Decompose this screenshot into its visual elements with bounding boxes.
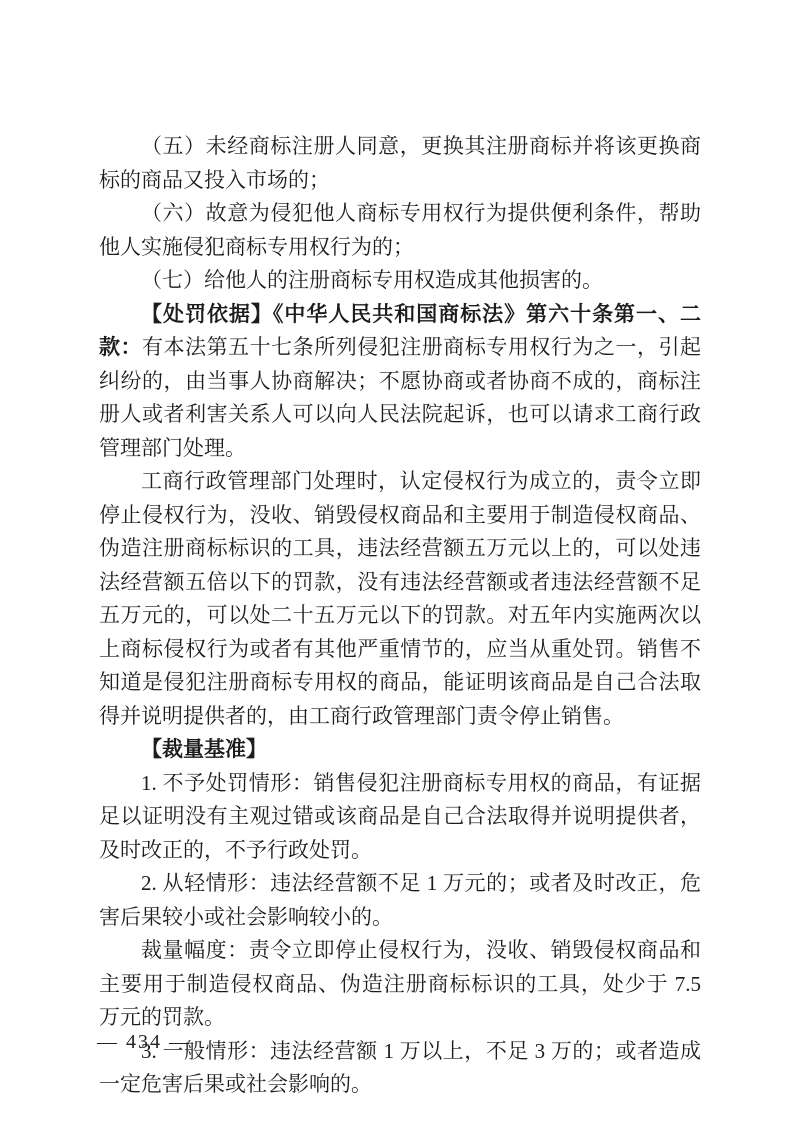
paragraph-item-7: （七）给他人的注册商标专用权造成其他损害的。 — [99, 264, 701, 298]
paragraph-discretion-benchmark-heading: 【裁量基准】 — [99, 733, 701, 767]
paragraph-text: 裁量幅度：责令立即停止侵权行为，没收、销毁侵权商品和主要用于制造侵权商品、伪造注… — [99, 938, 701, 1029]
document-page: （五）未经商标注册人同意，更换其注册商标并将该更换商标的商品又投入市场的； （六… — [0, 0, 793, 1122]
paragraph-text: （五）未经商标注册人同意，更换其注册商标并将该更换商标的商品又投入市场的； — [99, 134, 701, 192]
page-number: — 434 — — [97, 1028, 191, 1056]
paragraph-item-6: （六）故意为侵犯他人商标专用权行为提供便利条件，帮助他人实施侵犯商标专用权行为的… — [99, 197, 701, 264]
document-body: （五）未经商标注册人同意，更换其注册商标并将该更换商标的商品又投入市场的； （六… — [99, 130, 701, 1102]
paragraph-text: 有本法第五十七条所列侵犯注册商标专用权行为之一，引起纠纷的，由当事人协商解决；不… — [99, 335, 701, 460]
paragraph-text: （六）故意为侵犯他人商标专用权行为提供便利条件，帮助他人实施侵犯商标专用权行为的… — [99, 201, 701, 259]
paragraph-penalty-basis: 【处罚依据】《中华人民共和国商标法》第六十条第一、二款：有本法第五十七条所列侵犯… — [99, 298, 701, 466]
paragraph-text: 1. 不予处罚情形：销售侵犯注册商标专用权的商品，有证据足以证明没有主观过错或该… — [99, 771, 701, 862]
paragraph-lenient-case: 2. 从轻情形：违法经营额不足 1 万元的；或者及时改正，危害后果较小或社会影响… — [99, 867, 701, 934]
paragraph-text: 2. 从轻情形：违法经营额不足 1 万元的；或者及时改正，危害后果较小或社会影响… — [99, 871, 701, 929]
paragraph-aic-handling: 工商行政管理部门处理时，认定侵权行为成立的，责令立即停止侵权行为，没收、销毁侵权… — [99, 465, 701, 733]
paragraph-no-penalty-case: 1. 不予处罚情形：销售侵犯注册商标专用权的商品，有证据足以证明没有主观过错或该… — [99, 767, 701, 868]
discretion-benchmark-heading: 【裁量基准】 — [141, 737, 267, 761]
paragraph-text: （七）给他人的注册商标专用权造成其他损害的。 — [141, 268, 603, 292]
paragraph-text: 工商行政管理部门处理时，认定侵权行为成立的，责令立即停止侵权行为，没收、销毁侵权… — [99, 469, 701, 728]
paragraph-discretion-range: 裁量幅度：责令立即停止侵权行为，没收、销毁侵权商品和主要用于制造侵权商品、伪造注… — [99, 934, 701, 1035]
paragraph-item-5: （五）未经商标注册人同意，更换其注册商标并将该更换商标的商品又投入市场的； — [99, 130, 701, 197]
